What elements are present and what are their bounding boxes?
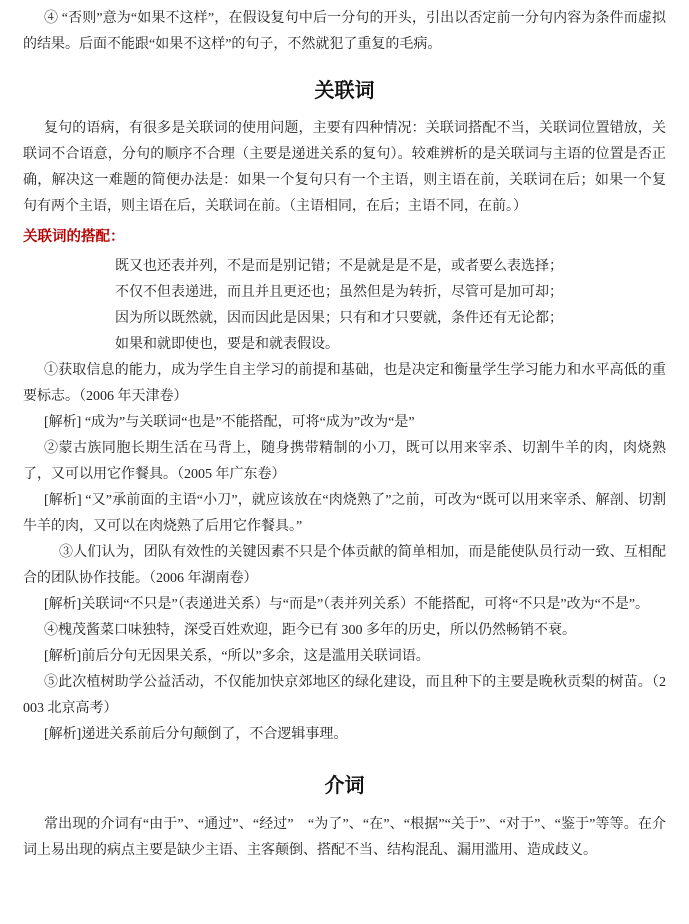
example-paragraph: ⑤此次植树助学公益活动，不仅能加快京郊地区的绿化建设，而且种下的主要是晚秋贡梨的… — [23, 670, 666, 722]
jieci-overview-paragraph: 常出现的介词有“由于”、“通过”、“经过” “为了”、“在”、“根据”“关于”、… — [23, 812, 666, 864]
section-title-guanlianci: 关联词 — [23, 79, 666, 103]
mnemonic-line: 既又也还表并列，不是而是别记错；不是就是是不是，或者要么表选择； — [115, 254, 666, 280]
intro-paragraph-item4: ④ “否则”意为“如果不这样”，在假设复句中后一分句的开头，引出以否定前一分句内… — [23, 6, 666, 58]
mnemonic-line: 如果和就即使也，要是和就表假设。 — [115, 332, 666, 358]
mnemonic-line: 不仅不但表递进，而且并且更还也；虽然但是为转折，尽管可是加可却； — [115, 280, 666, 306]
analysis-paragraph: [解析] “又”承前面的主语“小刀”，就应该放在“肉烧熟了”之前，可改为“既可以… — [23, 488, 666, 540]
document-page: ④ “否则”意为“如果不这样”，在假设复句中后一分句的开头，引出以否定前一分句内… — [0, 0, 689, 924]
example-paragraph: ④槐茂酱菜口味独特，深受百姓欢迎，距今已有 300 多年的历史，所以仍然畅销不衰… — [23, 618, 666, 644]
analysis-paragraph: [解析] “成为”与关联词“也是”不能搭配，可将“成为”改为“是” — [23, 410, 666, 436]
example-paragraph: ②蒙古族同胞长期生活在马背上，随身携带精制的小刀，既可以用来宰杀、切割牛羊的肉，… — [23, 436, 666, 488]
collocation-label: 关联词的搭配： — [23, 224, 666, 250]
example-paragraph: ③人们认为，团队有效性的关键因素不只是个体贡献的简单相加，而是能使队员行动一致、… — [23, 540, 666, 592]
analysis-paragraph: [解析]前后分句无因果关系，“所以”多余，这是滥用关联词语。 — [23, 644, 666, 670]
section-title-jieci: 介词 — [23, 774, 666, 798]
analysis-paragraph: [解析]关联词“不只是”（表递进关系）与“而是”（表并列关系）不能搭配，可将“不… — [23, 592, 666, 618]
guanlianci-examples: ①获取信息的能力，成为学生自主学习的前提和基础，也是决定和衡量学生学习能力和水平… — [23, 358, 666, 748]
mnemonic-line: 因为所以既然就，因而因此是因果；只有和才只要就，条件还有无论都； — [115, 306, 666, 332]
mnemonic-verse: 既又也还表并列，不是而是别记错；不是就是是不是，或者要么表选择； 不仅不但表递进… — [115, 254, 666, 358]
analysis-paragraph: [解析]递进关系前后分句颠倒了，不合逻辑事理。 — [23, 722, 666, 748]
guanlianci-overview-paragraph: 复句的语病，有很多是关联词的使用问题，主要有四种情况：关联词搭配不当，关联词位置… — [23, 116, 666, 220]
example-paragraph: ①获取信息的能力，成为学生自主学习的前提和基础，也是决定和衡量学生学习能力和水平… — [23, 358, 666, 410]
